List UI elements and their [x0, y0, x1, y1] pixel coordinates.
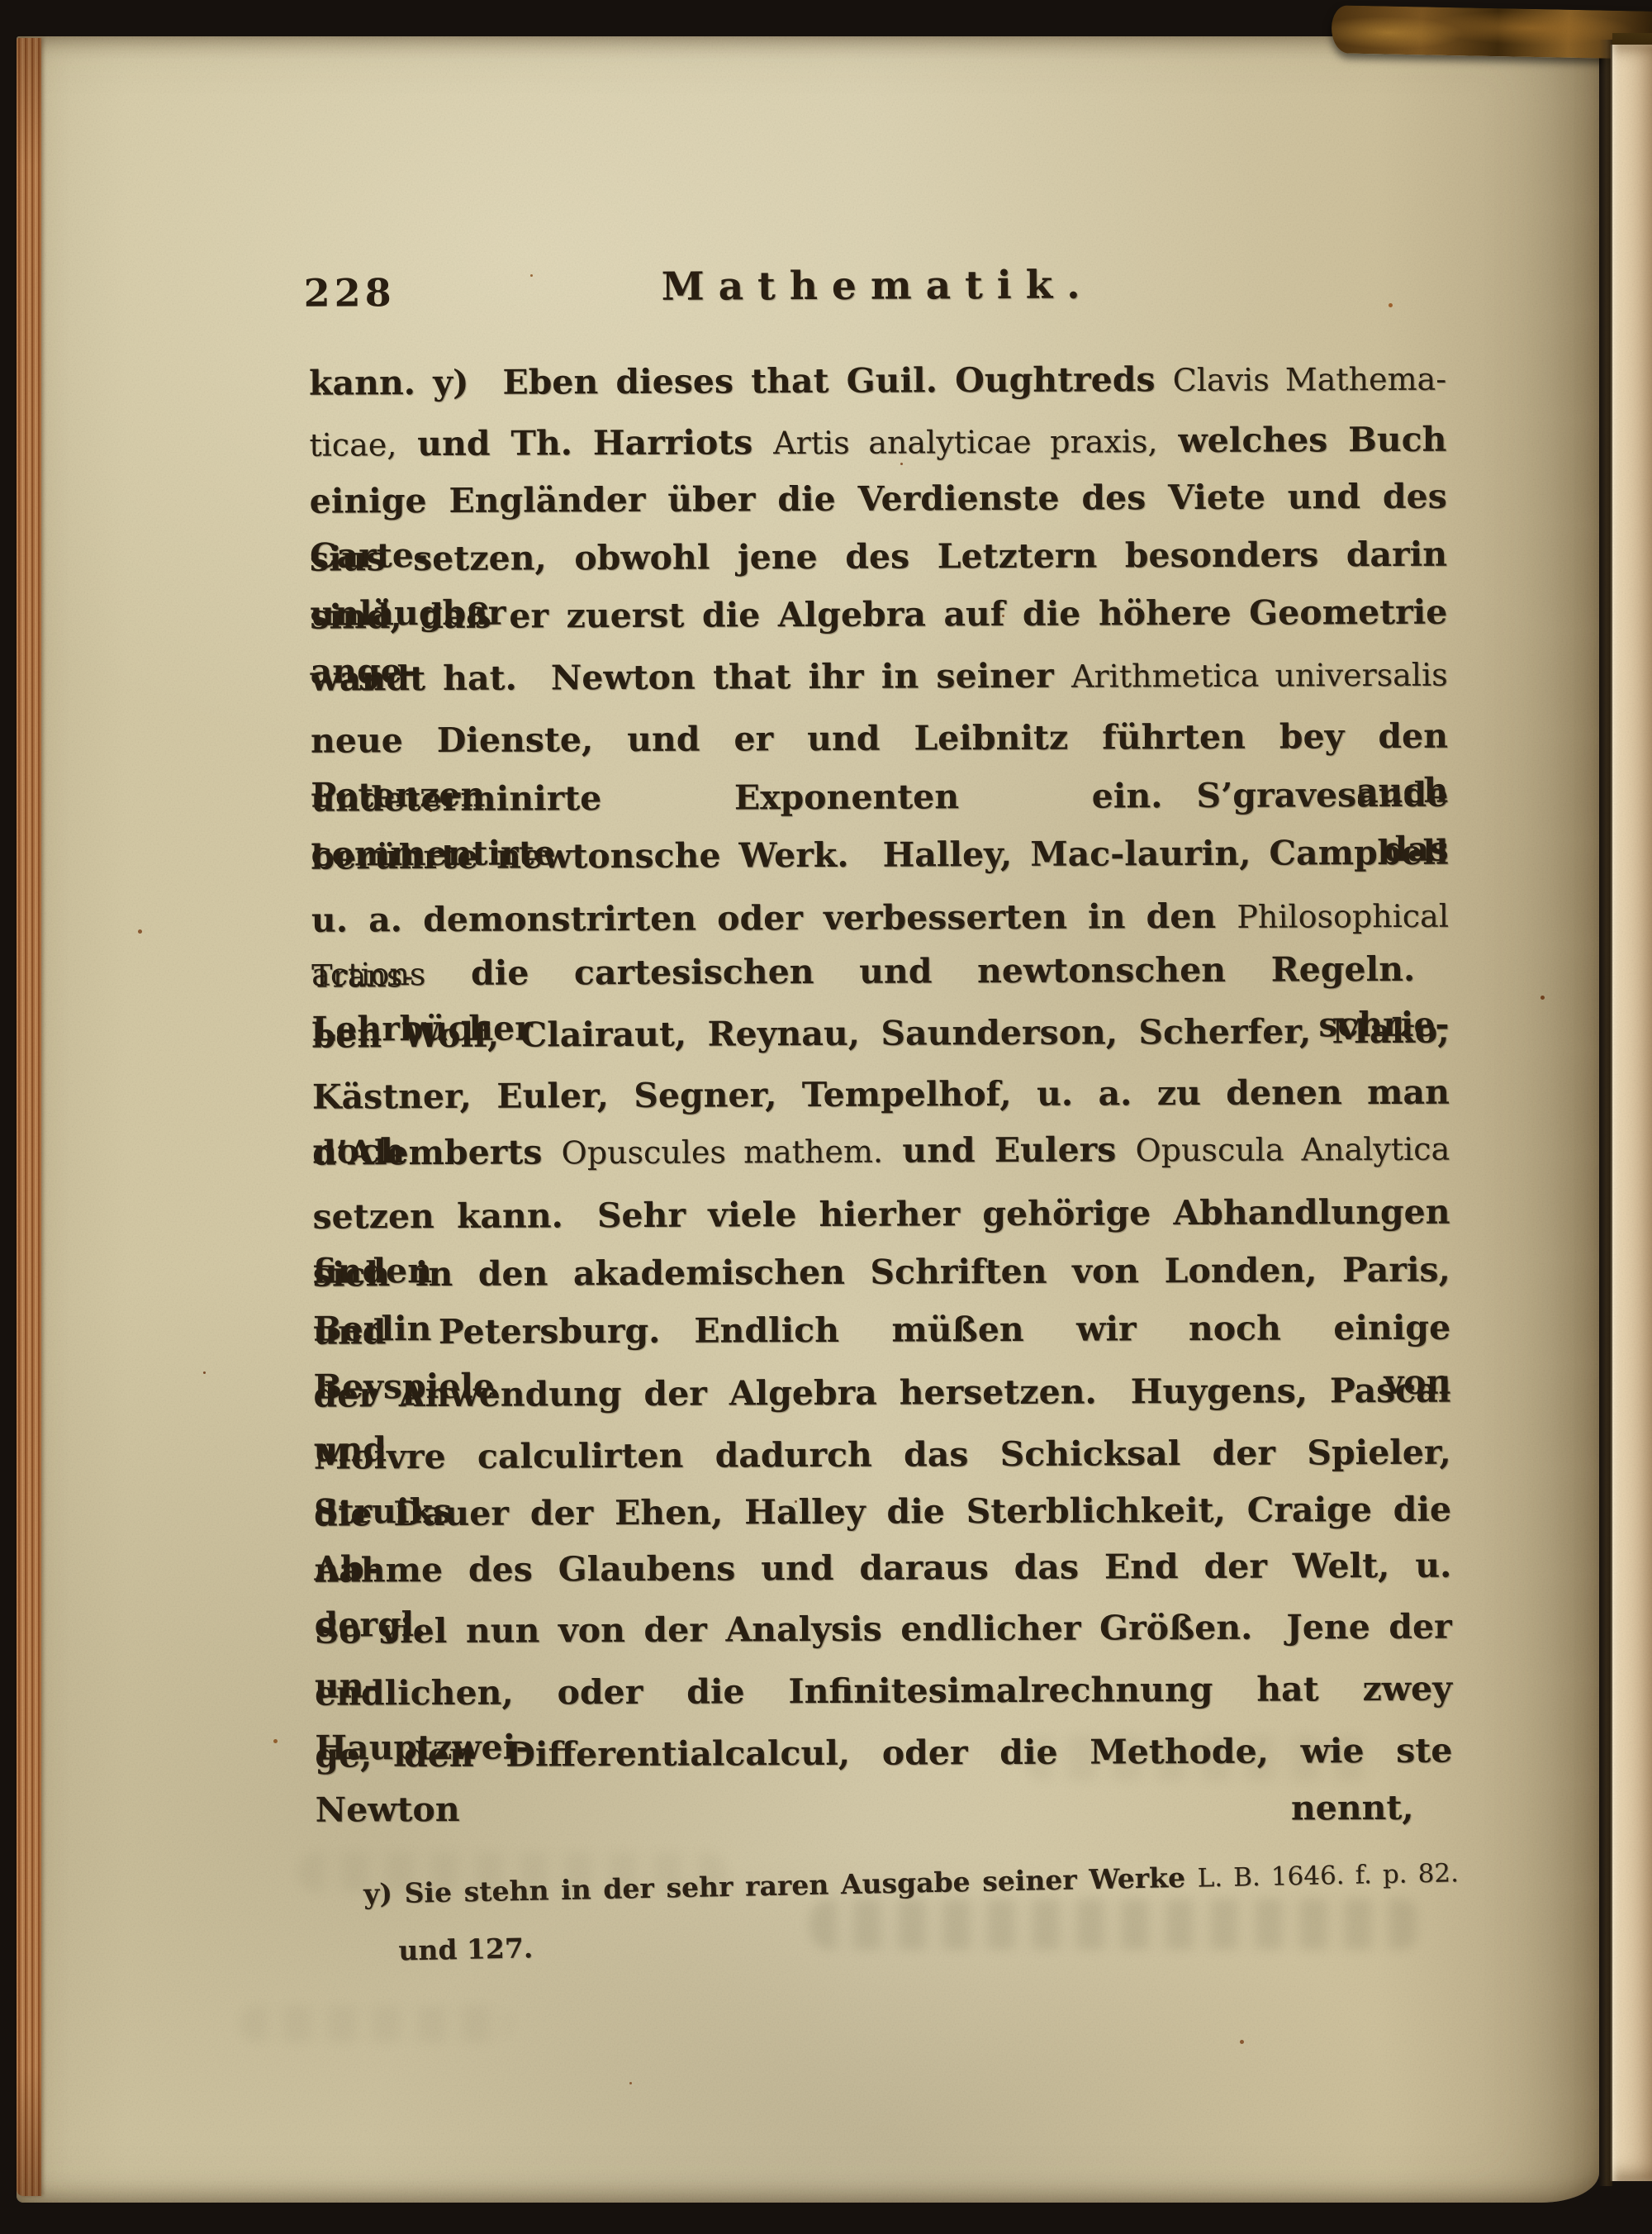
- running-title: Mathematik.: [308, 255, 1446, 318]
- text-line: neue Dienste, und er und Leibnitz führte…: [311, 709, 1448, 773]
- text-line: berührte newtonsche Werk. Halley, Mac-la…: [311, 825, 1448, 890]
- text-line: undeterminirte Exponenten ein. S’gravesa…: [311, 768, 1448, 832]
- text-segment-fraktur: y) Sie stehn in der sehr raren Ausgabe s…: [363, 1861, 1198, 1910]
- text-segment-fraktur: und Eulers: [883, 1129, 1136, 1170]
- text-segment-antiqua: actions: [311, 956, 425, 993]
- text-segment-antiqua: L. B. 1646. f. p. 82.: [1197, 1858, 1459, 1893]
- text-segment-fraktur: und Th. Harriots: [396, 422, 773, 463]
- body-text: kann. y) Eben dieses that Guil. Oughtred…: [0, 0, 1647, 3]
- text-line: ben Wolf, Clairaut, Reynau, Saunderson, …: [311, 1004, 1449, 1068]
- text-segment-antiqua: Clavis Mathema-: [1173, 361, 1447, 398]
- text-line: sind, daß er zuerst die Algebra auf die …: [310, 585, 1447, 649]
- text-line: nahme des Glaubens und daraus das End de…: [314, 1538, 1451, 1603]
- text-segment-fraktur: d’Alemberts: [312, 1132, 562, 1172]
- text-line: ticae, und Th. Harriots Artis analyticae…: [309, 412, 1446, 477]
- text-line: Moivre calculirten dadurch das Schicksal…: [314, 1425, 1451, 1490]
- text-line: setzen kann. Sehr viele hierher gehörige…: [312, 1185, 1450, 1249]
- text-segment-fraktur: berührte newtonsche Werk. Halley, Mac-la…: [311, 833, 1449, 877]
- paper-specks: [0, 0, 2, 2]
- footnote-line-2: und 127.: [398, 1928, 534, 1970]
- text-segment-antiqua: Arithmetica universalis: [1071, 657, 1448, 695]
- text-segment-fraktur: wandt hat. Newton that ihr in seiner: [311, 656, 1072, 699]
- text-line: sius setzen, obwohl jene des Letztern be…: [310, 527, 1447, 592]
- footnote-line-1: y) Sie stehn in der sehr raren Ausgabe s…: [363, 1852, 1460, 1915]
- text-line: d’Alemberts Opuscules mathem. und Eulers…: [312, 1121, 1450, 1186]
- text-line: endlichen, oder die Infinitesimalrechnun…: [315, 1661, 1452, 1726]
- text-line: der Anwendung der Algebra hersetzen. Huy…: [313, 1363, 1450, 1428]
- text-line: einige Engländer über die Verdienste des…: [310, 469, 1447, 534]
- scanned-book-photo: 228 Mathematik. kann. y) Eben dieses tha…: [0, 0, 1652, 2234]
- text-line: kann. y) Eben dieses that Guil. Oughtred…: [309, 351, 1446, 416]
- text-segment-fraktur: ben Wolf, Clairaut, Reynau, Saunderson, …: [311, 1011, 1449, 1056]
- text-line: wandt hat. Newton that ihr in seiner Ari…: [311, 647, 1448, 711]
- text-segment-antiqua: ticae,: [309, 426, 396, 463]
- text-line: Kästner, Euler, Segner, Tempelhof, u. a.…: [312, 1065, 1450, 1129]
- printed-text-layer: 228 Mathematik. kann. y) Eben dieses tha…: [0, 0, 1652, 2234]
- text-line: actions die cartesischen und newtonschen…: [311, 942, 1449, 1006]
- text-segment-antiqua: Opuscules mathem.: [562, 1134, 884, 1172]
- text-segment-antiqua: Artis analyticae praxis,: [773, 423, 1158, 461]
- text-line: So viel nun von der Analysis endlicher G…: [315, 1599, 1452, 1664]
- text-line: die Dauer der Ehen, Halley die Sterblich…: [314, 1482, 1451, 1547]
- text-line: sich in den akademischen Schriften von L…: [313, 1243, 1450, 1307]
- text-line: ge, den Differentialcalcul, oder die Met…: [315, 1723, 1452, 1788]
- catchword: nennt,: [316, 1780, 1414, 1840]
- text-segment-fraktur: u. a. demonstrirten oder verbesserten in…: [311, 896, 1237, 940]
- text-segment-fraktur: kann. y) Eben dieses that Guil. Oughtred…: [309, 359, 1173, 403]
- text-segment-antiqua: Opuscula Analytica: [1135, 1131, 1450, 1169]
- text-segment-fraktur: welches Buch: [1157, 420, 1446, 461]
- text-line: und Petersburg. Endlich müßen wir noch e…: [313, 1300, 1450, 1365]
